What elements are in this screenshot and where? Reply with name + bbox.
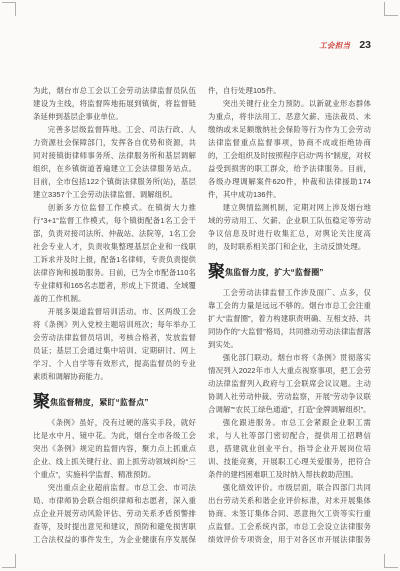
paragraph: 创新多方位监督工作模式。在镇街大力推行“3+1”监督工作模式，每个镇街配备1名工… bbox=[33, 201, 196, 305]
paragraph: 件，自行处理105件。 bbox=[208, 84, 371, 97]
paragraph: 为此，烟台市总工会以工会劳动法律监督员队伍建设为主线，将监督阵地拓展到镇街，将监… bbox=[33, 84, 196, 123]
section-heading: 聚 焦监督精度，紧盯“监督点” bbox=[33, 394, 196, 409]
section-heading-drop-cap: 聚 bbox=[33, 394, 50, 409]
paragraph: 完善多层级监督阵地。工会、司法行政、人力资源社会保障部门，发挥各自优势和资源，共… bbox=[33, 123, 196, 201]
paragraph: 突出重点企业超前监督。市总工会、市司法局、市律师协会联合组织律师和志愿者，深入重… bbox=[33, 481, 196, 544]
section-heading-drop-cap: 聚 bbox=[208, 264, 225, 279]
right-column: 件，自行处理105件。 突出关键行业全力预防。以新就业形态群体为重点，将非法用工… bbox=[208, 84, 371, 544]
crop-mark-top-left bbox=[2, 2, 16, 16]
page-number: 23 bbox=[359, 39, 371, 51]
section-heading-text: 焦监督精度，紧盯“监督点” bbox=[50, 397, 149, 409]
paragraph: 强化部门联动。烟台市将《条例》贯彻落实情况列入2022年市人大重点视察事项，把工… bbox=[208, 351, 371, 416]
paragraph: 强化跟进服务。市总工会紧跟企业职工需求，与人社等部门密切配合，提供用工招聘信息，… bbox=[208, 416, 371, 481]
left-column: 为此，烟台市总工会以工会劳动法律监督员队伍建设为主线，将监督阵地拓展到镇街，将监… bbox=[33, 84, 196, 544]
paragraph: 强化绩效评价。市级层面，联合四部门共同出台劳动关系和谐企业评价标准，对未开展集体… bbox=[208, 481, 371, 544]
article-body: 为此，烟台市总工会以工会劳动法律监督员队伍建设为主线，将监督阵地拓展到镇街，将监… bbox=[33, 84, 371, 544]
crop-mark-bottom-right bbox=[384, 554, 398, 568]
paragraph: 工会劳动法律监督工作涉及面广、点多，仅靠工会的力量是远远不够的。烟台市总工会注重… bbox=[208, 286, 371, 351]
section-heading: 聚 焦监督力度，扩大“监督圈” bbox=[208, 264, 371, 279]
magazine-page: 工会担当 23 为此，烟台市总工会以工会劳动法律监督员队伍建设为主线，将监督阵地… bbox=[0, 0, 400, 571]
paragraph: 建立舆情监测机制，定期对网上涉及烟台地域的劳动用工、欠薪、企业职工队伍稳定等劳动… bbox=[208, 201, 371, 253]
page-header: 工会担当 23 bbox=[319, 39, 371, 51]
column-section-label: 工会担当 bbox=[319, 40, 350, 51]
section-heading-text: 焦监督力度，扩大“监督圈” bbox=[225, 267, 324, 279]
paragraph: 开展多渠道监督培训活动。市、区两级工会将《条例》列入党校主题培训班次；每年举办工… bbox=[33, 305, 196, 383]
paragraph: 突出关键行业全力预防。以新就业形态群体为重点，将非法用工、恶意欠薪、违法裁员、未… bbox=[208, 97, 371, 201]
paragraph: 《条例》虽好，没有过硬的落实手段，就好比是水中月、镜中花。为此，烟台全市各级工会… bbox=[33, 416, 196, 481]
crop-mark-top-right bbox=[384, 2, 398, 16]
crop-mark-bottom-left bbox=[2, 554, 16, 568]
